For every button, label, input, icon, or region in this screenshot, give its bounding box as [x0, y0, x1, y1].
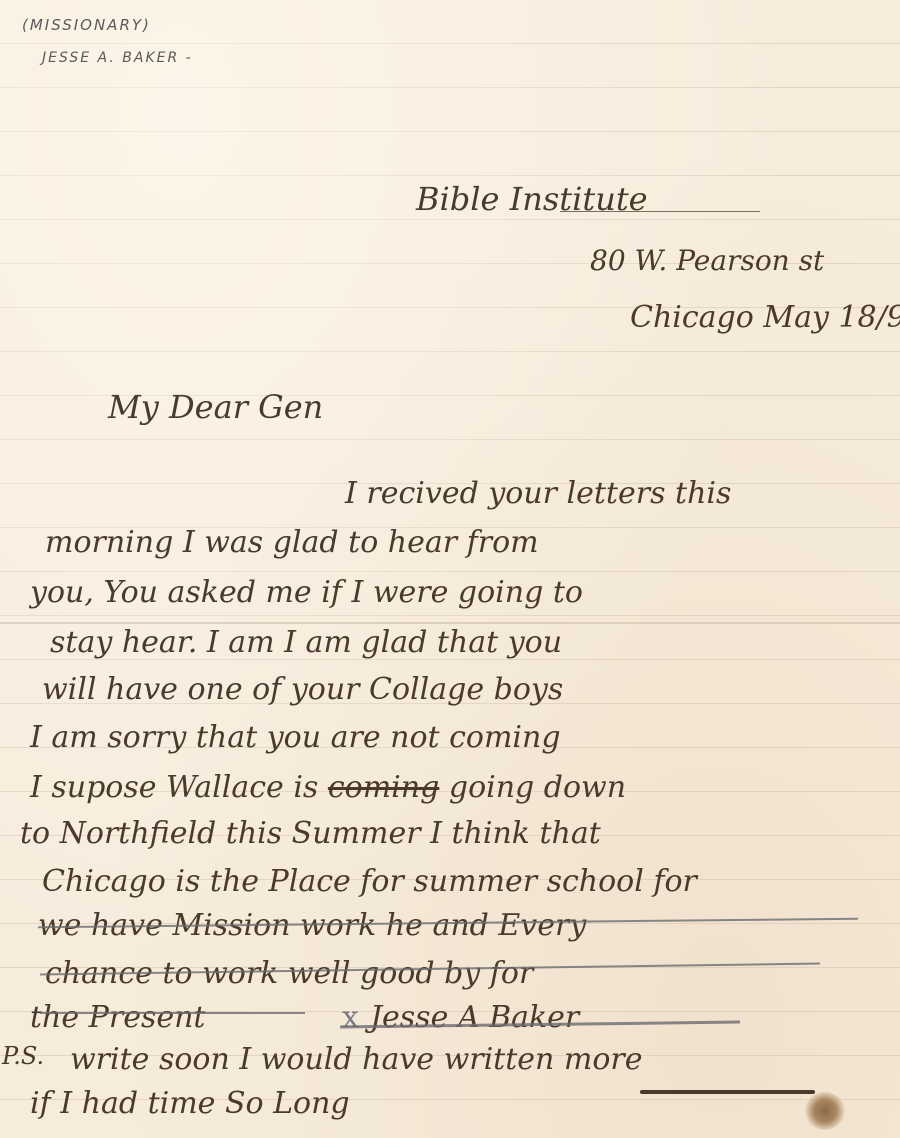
- letter-place-date: Chicago May 18/91: [630, 300, 900, 335]
- body-line-8: to Northfield this Summer I think that: [20, 816, 601, 851]
- body-line-12: the Present: [30, 1000, 205, 1035]
- postscript-line-1: write soon I would have written more: [70, 1042, 643, 1077]
- body-line-5: will have one of your Collage boys: [42, 672, 563, 707]
- body-line-4: stay hear. I am I am glad that you: [50, 625, 562, 660]
- closing-dash: [640, 1090, 815, 1094]
- body-line-1: I recived your letters this: [345, 476, 731, 511]
- signature: Jesse A Baker: [370, 1000, 579, 1035]
- postscript-line-2: if I had time So Long: [30, 1086, 350, 1121]
- pencil-underline-3: [40, 1012, 305, 1014]
- body-line-9: Chicago is the Place for summer school f…: [42, 864, 697, 899]
- body-line-2: morning I was glad to hear from: [45, 525, 539, 560]
- pencil-x-mark: x: [342, 1000, 359, 1035]
- fold-crease: [0, 622, 900, 624]
- archival-annotation-category: (MISSIONARY): [22, 16, 151, 34]
- salutation: My Dear Gen: [108, 388, 323, 426]
- letterhead-institution: Bible Institute: [416, 180, 648, 218]
- struck-word: coming: [328, 770, 439, 805]
- body-line-7-text: I supose Wallace is: [30, 770, 318, 805]
- institution-stroke: [560, 211, 760, 212]
- letterhead-address: 80 W. Pearson st: [590, 244, 824, 277]
- archival-annotation-name: JESSE A. BAKER -: [42, 50, 193, 66]
- body-line-6: I am sorry that you are not coming: [30, 720, 561, 755]
- body-line-7-continuation: going down: [449, 770, 626, 805]
- postscript-label: P.S.: [2, 1042, 44, 1070]
- body-line-7: I supose Wallace is coming going down: [30, 770, 626, 805]
- body-line-3: you, You asked me if I were going to: [30, 575, 583, 610]
- ink-stain: [805, 1092, 845, 1130]
